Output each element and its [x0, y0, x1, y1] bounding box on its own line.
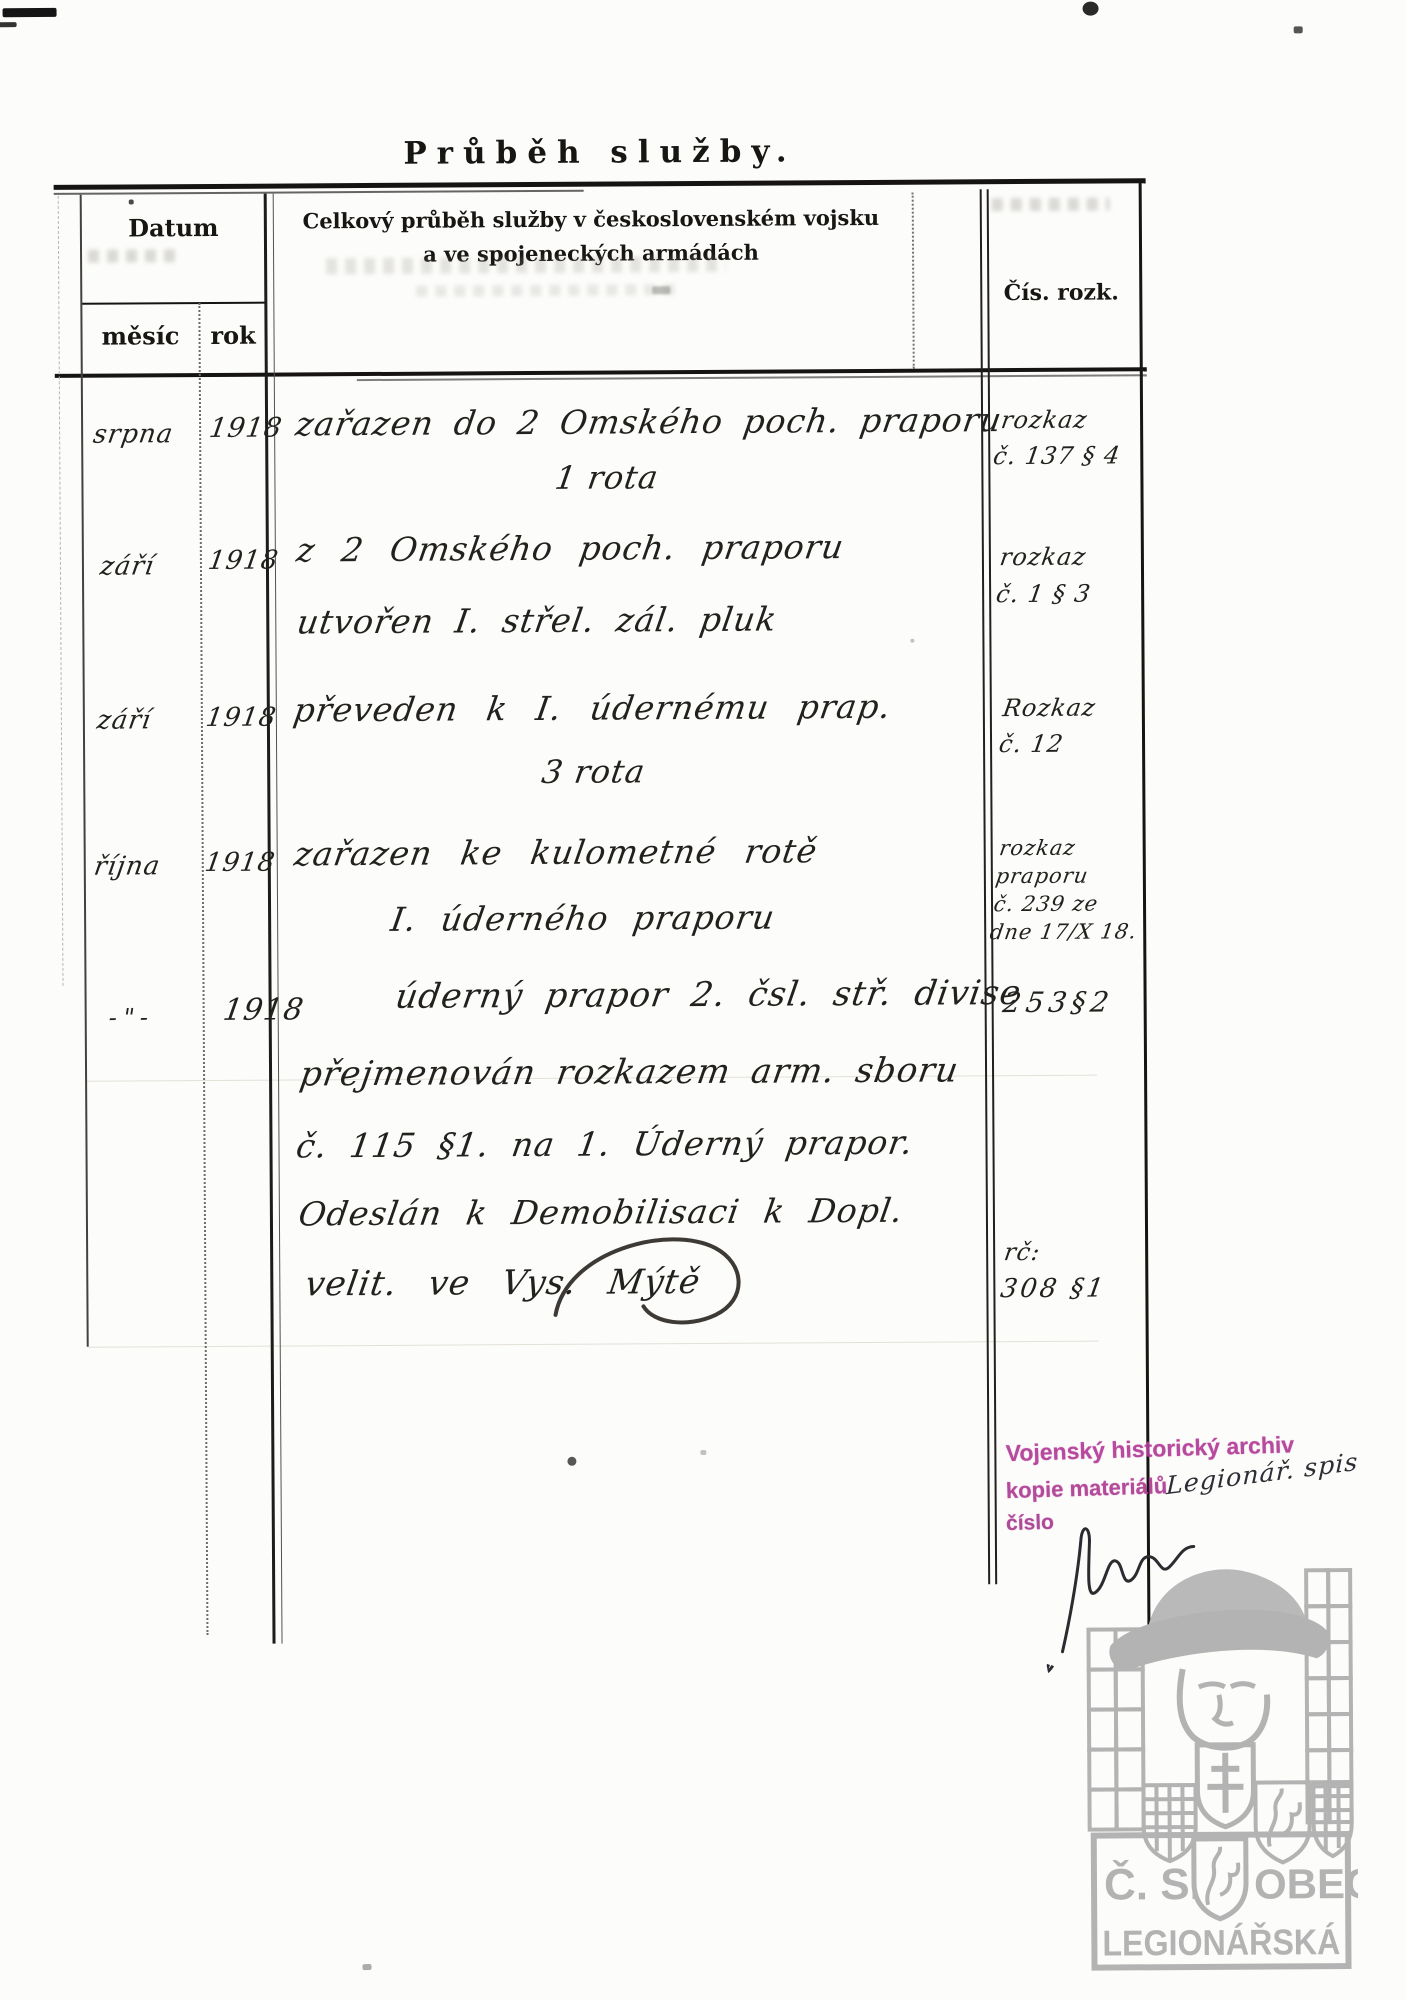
row1-order1: rozkaz: [999, 406, 1089, 435]
ghost-text-4: [416, 284, 676, 297]
ghost-text-3: [992, 197, 1110, 211]
row3-order1: Rozkaz: [1001, 694, 1098, 723]
scan-speck: [1083, 2, 1099, 16]
shield-lion-right: [1255, 1782, 1309, 1862]
row2-year: 1918: [206, 546, 281, 576]
col-divider-mesic-rok: [198, 303, 208, 1635]
header-datum: Datum: [81, 213, 266, 243]
pen-flourish: [547, 1222, 758, 1343]
shield-lion-bottom: [1194, 1839, 1246, 1919]
scan-speck: [910, 639, 914, 643]
row3-line1: převeden k I. údernému prap.: [291, 687, 894, 730]
row5-line2: přejmenován rozkazem arm. sboru: [297, 1050, 961, 1094]
header-narrow-divider: [912, 193, 915, 369]
col-divider-date-main: [264, 194, 283, 1644]
scanned-document-page: Průběh služby. Datum měsíc rok Celkový p…: [0, 0, 1406, 2000]
scan-speck: [3, 8, 57, 17]
watermark-legionarska: LEGIONÁŘSKÁ: [1102, 1920, 1340, 1963]
scan-speck: [1294, 26, 1303, 33]
row4-order1: rozkaz: [998, 836, 1078, 860]
scan-speck: [567, 1457, 576, 1466]
ghost-text-2: [88, 249, 176, 263]
table-border-top-2: [54, 190, 584, 195]
row4-order3: č. 239 ze: [992, 892, 1100, 917]
row4-order2: praporu: [994, 864, 1090, 889]
row1-year: 1918: [207, 413, 284, 444]
row2-order1: rozkaz: [998, 543, 1088, 572]
row3-line2: 3 rota: [539, 752, 648, 791]
scan-speck: [129, 199, 134, 204]
row5-month-ditto: -"-: [107, 1003, 157, 1031]
row1-order2: č. 137 § 4: [991, 441, 1122, 470]
header-mesic: měsíc: [81, 321, 199, 351]
row4-order4: dne 17/X 18.: [988, 919, 1139, 944]
scan-speck: [700, 1450, 706, 1455]
row6-order2: 308 §1: [998, 1274, 1108, 1305]
row1-month: srpna: [91, 419, 175, 450]
scan-speck: [362, 1964, 371, 1970]
row1-line2: 1 rota: [553, 458, 662, 497]
row5-order1: 253§2: [1001, 985, 1116, 1019]
row2-line1: z 2 Omského poch. praporu: [294, 527, 847, 569]
row2-order2: č. 1 § 3: [994, 580, 1093, 609]
row4-month: října: [92, 851, 163, 881]
torn-edge-line: [58, 196, 64, 986]
row5-line1: úderný prapor 2. čsl. stř. divise: [393, 973, 1024, 1017]
page-title: Průběh služby.: [403, 133, 796, 171]
watermark-frame: Č. SL. OBEC LEGIONÁŘSKÁ: [1094, 1834, 1359, 1968]
header-main-line1: Celkový průběh služby v československém …: [276, 205, 906, 234]
scan-content: Průběh služby. Datum měsíc rok Celkový p…: [0, 0, 1406, 2000]
row2-line2: utvořen I. střel. zál. pluk: [294, 600, 780, 642]
shield-checkered-left: [1143, 1785, 1195, 1861]
table-border-right: [1139, 179, 1151, 1647]
header-cis-rozk: Čís. rozk.: [986, 279, 1136, 306]
shield-double-cross-center: [1197, 1745, 1253, 1827]
row4-line2: I. úderného praporu: [388, 898, 778, 939]
row2-month: září: [98, 551, 157, 581]
row4-year: 1918: [203, 848, 278, 878]
ghost-text-1: [326, 256, 726, 274]
scan-speck: [0, 22, 17, 27]
row3-year: 1918: [204, 703, 279, 733]
row1-line1: zařazen do 2 Omského poch. praporu: [293, 400, 1005, 443]
row6-order1: rč:: [1002, 1238, 1042, 1266]
legion-watermark-logo: Č. SL. OBEC LEGIONÁŘSKÁ: [1080, 1546, 1359, 1990]
watermark-obec: OBEC: [1254, 1860, 1359, 1908]
datum-underline: [81, 302, 266, 305]
table-border-top: [54, 178, 1146, 190]
row4-line1: zařazen ke kulometné rotě: [292, 831, 821, 873]
row5-line3: č. 115 §1. na 1. Úderný prapor.: [294, 1123, 917, 1166]
row3-month: září: [95, 705, 154, 735]
row5-year: 1918: [221, 992, 307, 1028]
row3-order2: č. 12: [997, 730, 1066, 758]
scan-speck: [652, 286, 670, 294]
table-border-left: [80, 195, 89, 1347]
header-rok: rok: [199, 321, 266, 350]
